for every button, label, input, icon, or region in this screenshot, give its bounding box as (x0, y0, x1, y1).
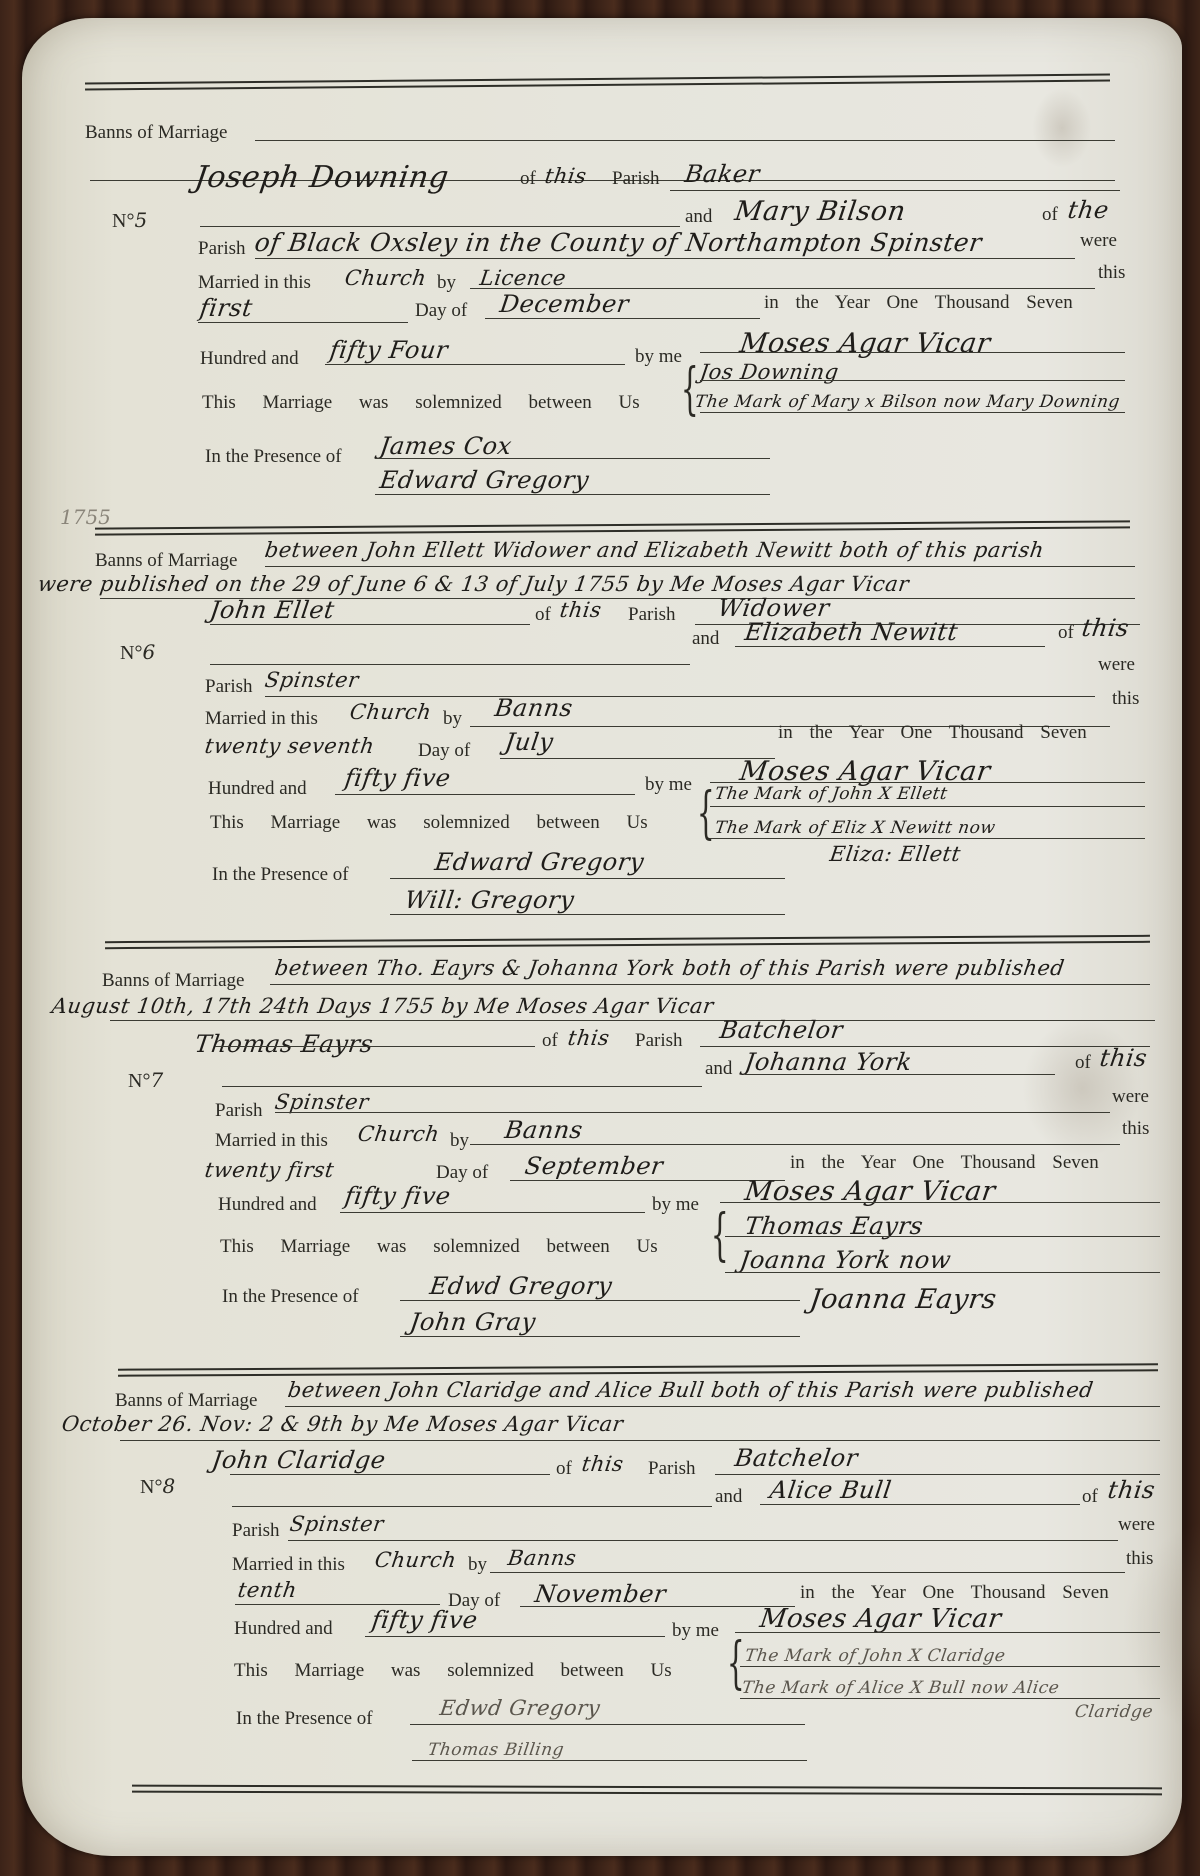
were-label: were (1098, 654, 1135, 676)
bride-parish: Spinster (263, 668, 360, 692)
bride-name: Mary Bilson (733, 196, 908, 227)
and-label: and (692, 628, 719, 650)
entry-number: N°5 (112, 208, 147, 233)
by-label: by (450, 1130, 469, 1152)
year-phrase: in the Year One Thousand Seven (778, 722, 1087, 744)
of-label: of (1058, 622, 1074, 644)
witness-1: Edwd Gregory (438, 1696, 601, 1720)
day: twenty first (203, 1158, 335, 1182)
line (400, 1336, 800, 1337)
line (725, 1272, 1160, 1273)
married-label: Married in this (205, 708, 318, 730)
solemnized-label: This Marriage was solemnized between Us (202, 392, 640, 414)
witness-1: Edwd Gregory (428, 1272, 614, 1300)
line (745, 1074, 1055, 1075)
day-of-label: Day of (415, 300, 467, 322)
line (412, 1760, 807, 1761)
of-label: of (1082, 1486, 1098, 1508)
hundred-and-label: Hundred and (200, 348, 299, 370)
groom-name: Joseph Downing (193, 160, 451, 195)
line (700, 412, 1125, 413)
banns-text-2: August 10th, 17th 24th Days 1755 by Me M… (50, 994, 715, 1018)
banns-line (255, 140, 1115, 141)
signature-3: Claridge (1074, 1702, 1155, 1722)
groom-status: Batchelor (718, 1016, 845, 1044)
bride-name: Johanna York (743, 1048, 914, 1076)
year-phrase: in the Year One Thousand Seven (800, 1582, 1109, 1604)
signature-2: The Mark of Alice X Bull now Alice (741, 1678, 1061, 1698)
bride-parish: of Black Oxsley in the County of Northam… (253, 228, 984, 257)
line (725, 1236, 1160, 1237)
and-label: and (705, 1058, 732, 1080)
line (210, 624, 530, 625)
groom-parish: this (558, 598, 603, 622)
banns-label: Banns of Marriage (115, 1390, 257, 1412)
banns-line-2 (120, 1440, 1160, 1441)
parish-label: Parish (215, 1100, 263, 1122)
line (340, 1212, 645, 1213)
line (390, 878, 785, 879)
line (740, 1698, 1160, 1699)
bride-name: Alice Bull (768, 1476, 893, 1504)
banns-text-1: between John Claridge and Alice Bull bot… (286, 1378, 1095, 1402)
banns-label: Banns of Marriage (95, 550, 237, 572)
line (215, 1046, 535, 1047)
method: Banns (503, 1116, 585, 1144)
bride-parish-lead: this (1106, 1476, 1157, 1504)
by-me-label: by me (645, 774, 692, 796)
entry-number: N°6 (120, 640, 155, 665)
place: Church (348, 700, 433, 724)
presence-label: In the Presence of (212, 864, 349, 886)
ink-stain (1032, 88, 1092, 168)
banns-line (285, 1406, 1160, 1407)
status-line (670, 190, 1120, 191)
method: Banns (493, 694, 575, 722)
signature-1: The Mark of John X Ellett (714, 784, 949, 804)
banns-line (265, 566, 1135, 567)
groom-parish: this (543, 164, 588, 188)
place: Church (343, 266, 428, 290)
groom-name: John Claridge (210, 1446, 387, 1474)
entry-number: N°7 (128, 1068, 163, 1093)
year-suffix: fifty Four (328, 336, 450, 364)
bride-parish-lead: the (1066, 196, 1111, 224)
solemnized-label: This Marriage was solemnized between Us (220, 1236, 658, 1258)
by-label: by (468, 1554, 487, 1576)
parish-label: Parish (232, 1520, 280, 1542)
officiant: Moses Agar Vicar (758, 1604, 1004, 1634)
day-of-label: Day of (436, 1162, 488, 1184)
line (470, 1144, 1120, 1145)
parish-label: Parish (648, 1458, 696, 1480)
of-label: of (520, 168, 536, 190)
banns-text-1: between John Ellett Widower and Elizabet… (263, 538, 1045, 562)
hundred-and-label: Hundred and (208, 778, 307, 800)
line (235, 1604, 440, 1605)
married-label: Married in this (232, 1554, 345, 1576)
were-label: were (1112, 1086, 1149, 1108)
banns-text-2: October 26. Nov: 2 & 9th by Me Moses Aga… (60, 1412, 625, 1436)
of-label: of (1075, 1052, 1091, 1074)
brace: { (697, 786, 715, 842)
method: Banns (506, 1546, 578, 1570)
of-label: of (556, 1458, 572, 1480)
were-label: were (1080, 230, 1117, 252)
parish-label: Parish (612, 168, 660, 190)
line (715, 1474, 1160, 1475)
line (400, 1300, 800, 1301)
month: December (498, 290, 631, 318)
month: November (533, 1580, 668, 1608)
and-label: and (685, 206, 712, 228)
hundred-and-label: Hundred and (234, 1618, 333, 1640)
line (222, 1086, 702, 1087)
this-label: this (1112, 688, 1139, 710)
of-label: of (535, 604, 551, 626)
were-label: were (1118, 1514, 1155, 1536)
married-label: Married in this (198, 272, 311, 294)
signature-2: Joanna York now (738, 1246, 953, 1274)
line (735, 646, 1045, 647)
line (210, 664, 690, 665)
groom-parish: this (580, 1452, 625, 1476)
line (520, 1606, 795, 1607)
bride-parish-lead: this (1080, 614, 1131, 642)
of-label: of (542, 1030, 558, 1052)
parish-label: Parish (205, 676, 253, 698)
bride-name: Elizabeth Newitt (743, 618, 960, 646)
banns-line (270, 984, 1150, 985)
banns-line-2 (110, 1020, 1155, 1021)
line (265, 696, 1095, 697)
day: first (198, 294, 254, 322)
bride-parish-lead: this (1098, 1044, 1149, 1072)
signature-2: The Mark of Eliz X Newitt now (714, 818, 997, 838)
bride-parish: Spinster (273, 1090, 370, 1114)
banns-label: Banns of Marriage (102, 970, 244, 992)
by-me-label: by me (652, 1194, 699, 1216)
groom-name: John Ellet (208, 596, 336, 624)
month: September (523, 1152, 665, 1180)
line (710, 838, 1145, 839)
line (410, 1724, 805, 1725)
line (740, 1666, 1160, 1667)
year-suffix: fifty five (343, 1182, 453, 1210)
line (232, 1506, 712, 1507)
banns-text-1: between Tho. Eayrs & Johanna York both o… (273, 956, 1066, 980)
bride-parish: Spinster (288, 1512, 385, 1536)
entry-number: N°8 (140, 1474, 175, 1499)
line (200, 226, 680, 227)
line (500, 758, 775, 759)
presence-label: In the Presence of (222, 1286, 359, 1308)
month: July (503, 728, 555, 756)
line (255, 258, 1075, 259)
this-label: this (1098, 262, 1125, 284)
line (325, 364, 625, 365)
line (700, 352, 1125, 353)
witness-1: Edward Gregory (433, 848, 646, 876)
of-label: of (1042, 204, 1058, 226)
year-phrase: in the Year One Thousand Seven (790, 1152, 1099, 1174)
signature-3: Joanna Eayrs (808, 1284, 999, 1315)
and-label: and (715, 1486, 742, 1508)
year-suffix: fifty five (370, 1606, 480, 1634)
day: twenty seventh (203, 734, 376, 758)
year-phrase: in the Year One Thousand Seven (764, 292, 1073, 314)
place: Church (356, 1122, 441, 1146)
banns-text-2: were published on the 29 of June 6 & 13 … (36, 572, 910, 596)
line (710, 782, 1145, 783)
line (275, 1112, 1110, 1113)
married-label: Married in this (215, 1130, 328, 1152)
witness-2: Edward Gregory (378, 466, 591, 494)
line (390, 914, 785, 915)
signature-2: The Mark of Mary x Bilson now Mary Downi… (694, 392, 1122, 412)
line (490, 1572, 1125, 1573)
solemnized-label: This Marriage was solemnized between Us (210, 812, 648, 834)
this-label: this (1122, 1118, 1149, 1140)
by-me-label: by me (672, 1620, 719, 1642)
line (288, 1540, 1118, 1541)
line (198, 322, 408, 323)
hundred-and-label: Hundred and (218, 1194, 317, 1216)
line (735, 1632, 1160, 1633)
day: tenth (236, 1578, 298, 1602)
margin-year-note: 1755 (60, 505, 111, 529)
signature-3: Eliza: Ellett (828, 842, 962, 866)
line (365, 1636, 665, 1637)
parish-label: Parish (628, 604, 676, 626)
presence-label: In the Presence of (236, 1708, 373, 1730)
solemnized-label: This Marriage was solemnized between Us (234, 1660, 672, 1682)
line (335, 794, 635, 795)
line (700, 380, 1125, 381)
line (760, 1504, 1080, 1505)
line (710, 806, 1145, 807)
line (375, 458, 770, 459)
year-suffix: fifty five (343, 764, 453, 792)
parish-label: Parish (198, 238, 246, 260)
by-me-label: by me (635, 346, 682, 368)
signature-1: The Mark of John X Claridge (744, 1646, 1007, 1666)
groom-status: Baker (683, 160, 762, 188)
witness-1: James Cox (378, 432, 514, 460)
groom-status: Batchelor (733, 1444, 860, 1472)
presence-label: In the Presence of (205, 446, 342, 468)
witness-2: Thomas Billing (427, 1740, 566, 1760)
place: Church (373, 1548, 458, 1572)
witness-2: Will: Gregory (403, 886, 576, 914)
method: Licence (478, 266, 567, 290)
line (700, 1046, 1150, 1047)
groom-parish: this (566, 1026, 611, 1050)
witness-2: John Gray (408, 1308, 538, 1336)
line (485, 318, 760, 319)
banns-label: Banns of Marriage (85, 122, 227, 144)
officiant: Moses Agar Vicar (738, 328, 993, 359)
line (230, 1474, 550, 1475)
groom-name: Thomas Eayrs (193, 1030, 375, 1058)
line (375, 494, 770, 495)
this-label: this (1126, 1548, 1153, 1570)
parish-label: Parish (635, 1030, 683, 1052)
day-of-label: Day of (418, 740, 470, 762)
by-label: by (437, 272, 456, 294)
line (470, 288, 1095, 289)
line (720, 1202, 1160, 1203)
by-label: by (443, 708, 462, 730)
line (510, 1180, 785, 1181)
